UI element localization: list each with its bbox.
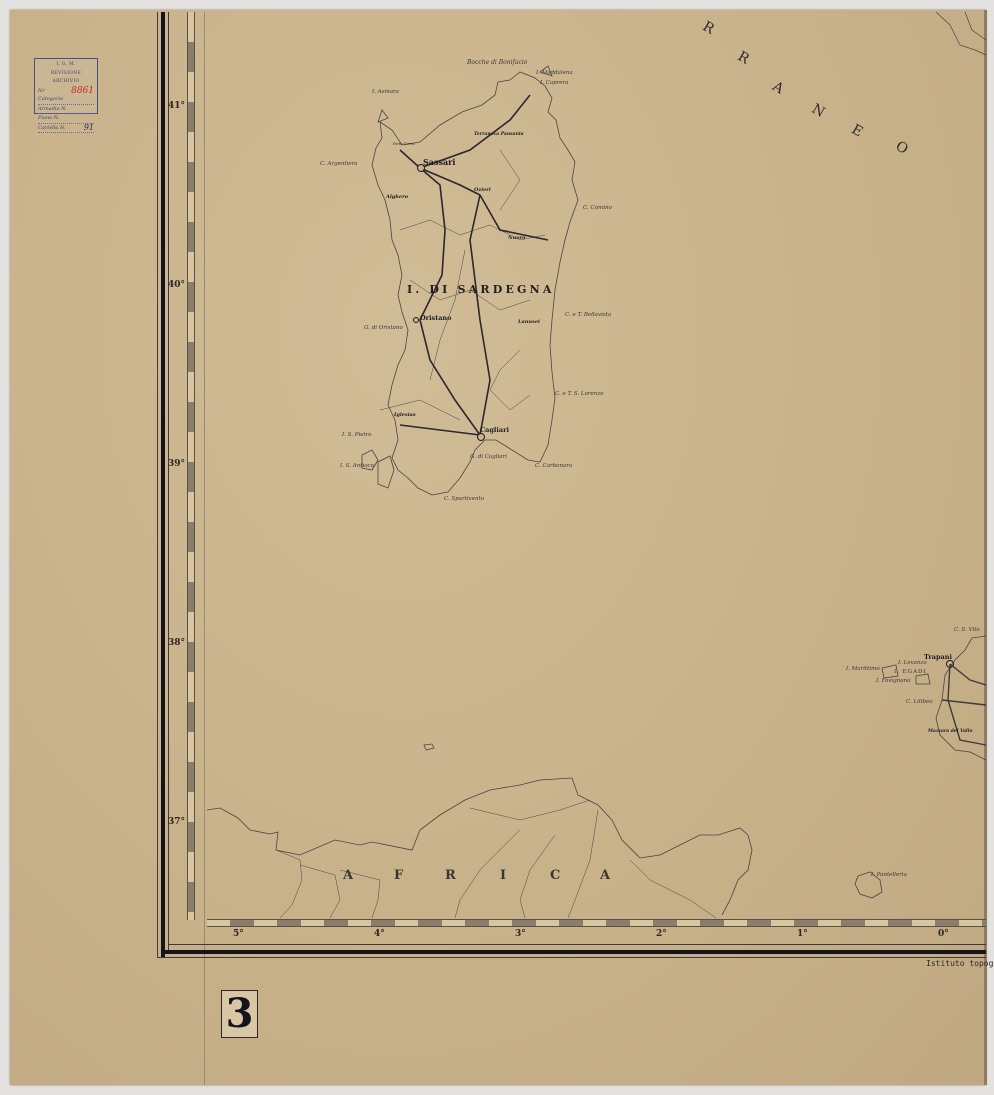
label-golfo-cagliari: G. di Cagliari [470, 454, 507, 460]
africa-letter: A [343, 868, 353, 883]
label-s-lorenzo: C. e T. S. Lorenzo [555, 391, 604, 397]
city-ozieri: Ozieri [474, 187, 491, 193]
city-mazzara: Mazzara del Vallo [928, 729, 972, 734]
label-s-pietro: I. S. Pietro [342, 432, 372, 438]
label-caprera: I. Caprera [540, 80, 568, 86]
label-spartivento: C. Spartivento [444, 496, 484, 502]
label-levanzo: I. Levanzo [898, 660, 927, 666]
oristano-marker [414, 318, 419, 323]
publisher-credit: Istituto topogr [926, 959, 994, 968]
label-san-vito: C. S. Vito [954, 627, 980, 633]
city-alghero: Alghero [386, 194, 408, 200]
railway-sassari-cagliari [420, 168, 480, 435]
railway-iglesias [400, 425, 480, 435]
label-bellavista: C. e T. Bellavista [565, 312, 611, 318]
city-porto-torres: Porto Torres [393, 142, 415, 146]
label-pantelleria: I. Pantelleria [871, 872, 907, 878]
city-nuoro: Nuoro [508, 235, 526, 241]
label-bocche-bonifacio: Bocche di Bonifacio [467, 59, 527, 66]
label-egadi: I. EGADI [894, 669, 927, 675]
label-maddalena: I. Maddalena [536, 70, 573, 76]
label-comino: C. Comino [583, 205, 612, 211]
africa-letter: F [394, 868, 403, 883]
label-marittimo: I. Marittimo [846, 666, 880, 672]
label-carbonara: C. Carbonara [535, 463, 572, 469]
africa-letter: C [550, 868, 560, 883]
city-iglesias: Iglesias [394, 412, 416, 418]
city-oristano: Oristano [420, 314, 452, 322]
label-golfo-oristano: G. di Oristano [364, 325, 403, 331]
label-s-antioco: I. S. Antioco [340, 463, 374, 469]
city-terranova: Terranova Pausania [474, 132, 524, 137]
city-trapani: Trapani [924, 653, 952, 661]
map-geometry [0, 0, 994, 1095]
africa-coastline [207, 778, 752, 915]
city-cagliari: Cagliari [480, 426, 509, 434]
city-lanusei: Lanusei [518, 319, 540, 325]
label-favignana: I. Favignana [876, 678, 910, 684]
africa-letter: A [600, 868, 610, 883]
africa-letter: I [500, 868, 506, 883]
label-asinara: I. Asinara [372, 89, 399, 95]
label-argentiera: C. Argentiera [320, 161, 358, 167]
island-name-sardegna: I. DI SARDEGNA [407, 283, 555, 296]
africa-letter: R [445, 868, 456, 883]
label-lilibeo: C. Lilibeo [906, 699, 933, 705]
city-sassari: Sassari [423, 157, 455, 167]
cagliari-marker [478, 434, 485, 441]
sheet-number-box: 3 [221, 990, 258, 1038]
